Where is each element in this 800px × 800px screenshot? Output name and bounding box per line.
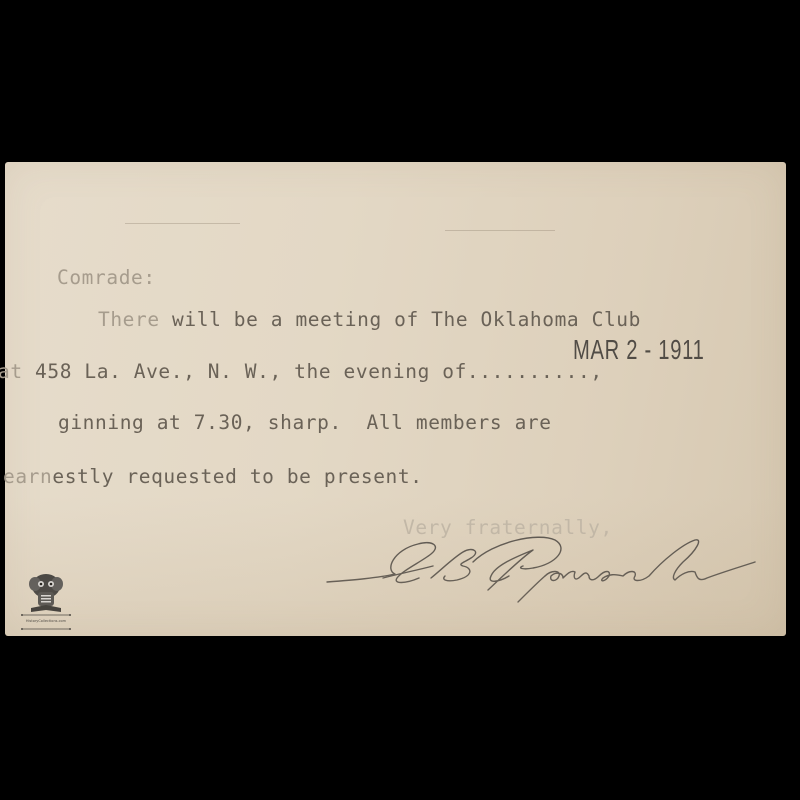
body-line-4-faded: earn xyxy=(3,465,52,488)
watermark-logo: HistoryCollections.com xyxy=(17,570,75,635)
signature xyxy=(323,530,763,610)
body-line-4-text: estly requested to be present. xyxy=(52,465,422,488)
body-line-1-text: will be a meeting of The Oklahoma Club xyxy=(172,308,641,331)
watermark-text: HistoryCollections.com xyxy=(17,619,75,623)
faint-ruled-line xyxy=(125,223,240,224)
body-line-2-text: 458 La. Ave., N. W., the evening of.....… xyxy=(35,360,603,383)
body-line-2-faded: at xyxy=(0,360,35,383)
body-line-3-text: ginning at 7.30, sharp. All members are xyxy=(58,411,552,434)
body-line-1-faded: There xyxy=(98,308,172,331)
body-line-2: at 458 La. Ave., N. W., the evening of..… xyxy=(0,362,603,382)
body-line-4: earnestly requested to be present. xyxy=(3,467,423,487)
date-stamp: MAR 2 - 1911 xyxy=(573,334,705,366)
salutation: Comrade: xyxy=(57,268,156,288)
faint-ruled-line xyxy=(445,230,555,231)
owl-on-book-icon xyxy=(17,570,75,618)
image-stage: Comrade: There will be a meeting of The … xyxy=(0,0,800,800)
watermark-divider xyxy=(17,626,75,632)
postcard: Comrade: There will be a meeting of The … xyxy=(5,162,786,636)
body-line-1: There will be a meeting of The Oklahoma … xyxy=(98,310,641,330)
body-line-3: ginning at 7.30, sharp. All members are xyxy=(58,413,552,433)
